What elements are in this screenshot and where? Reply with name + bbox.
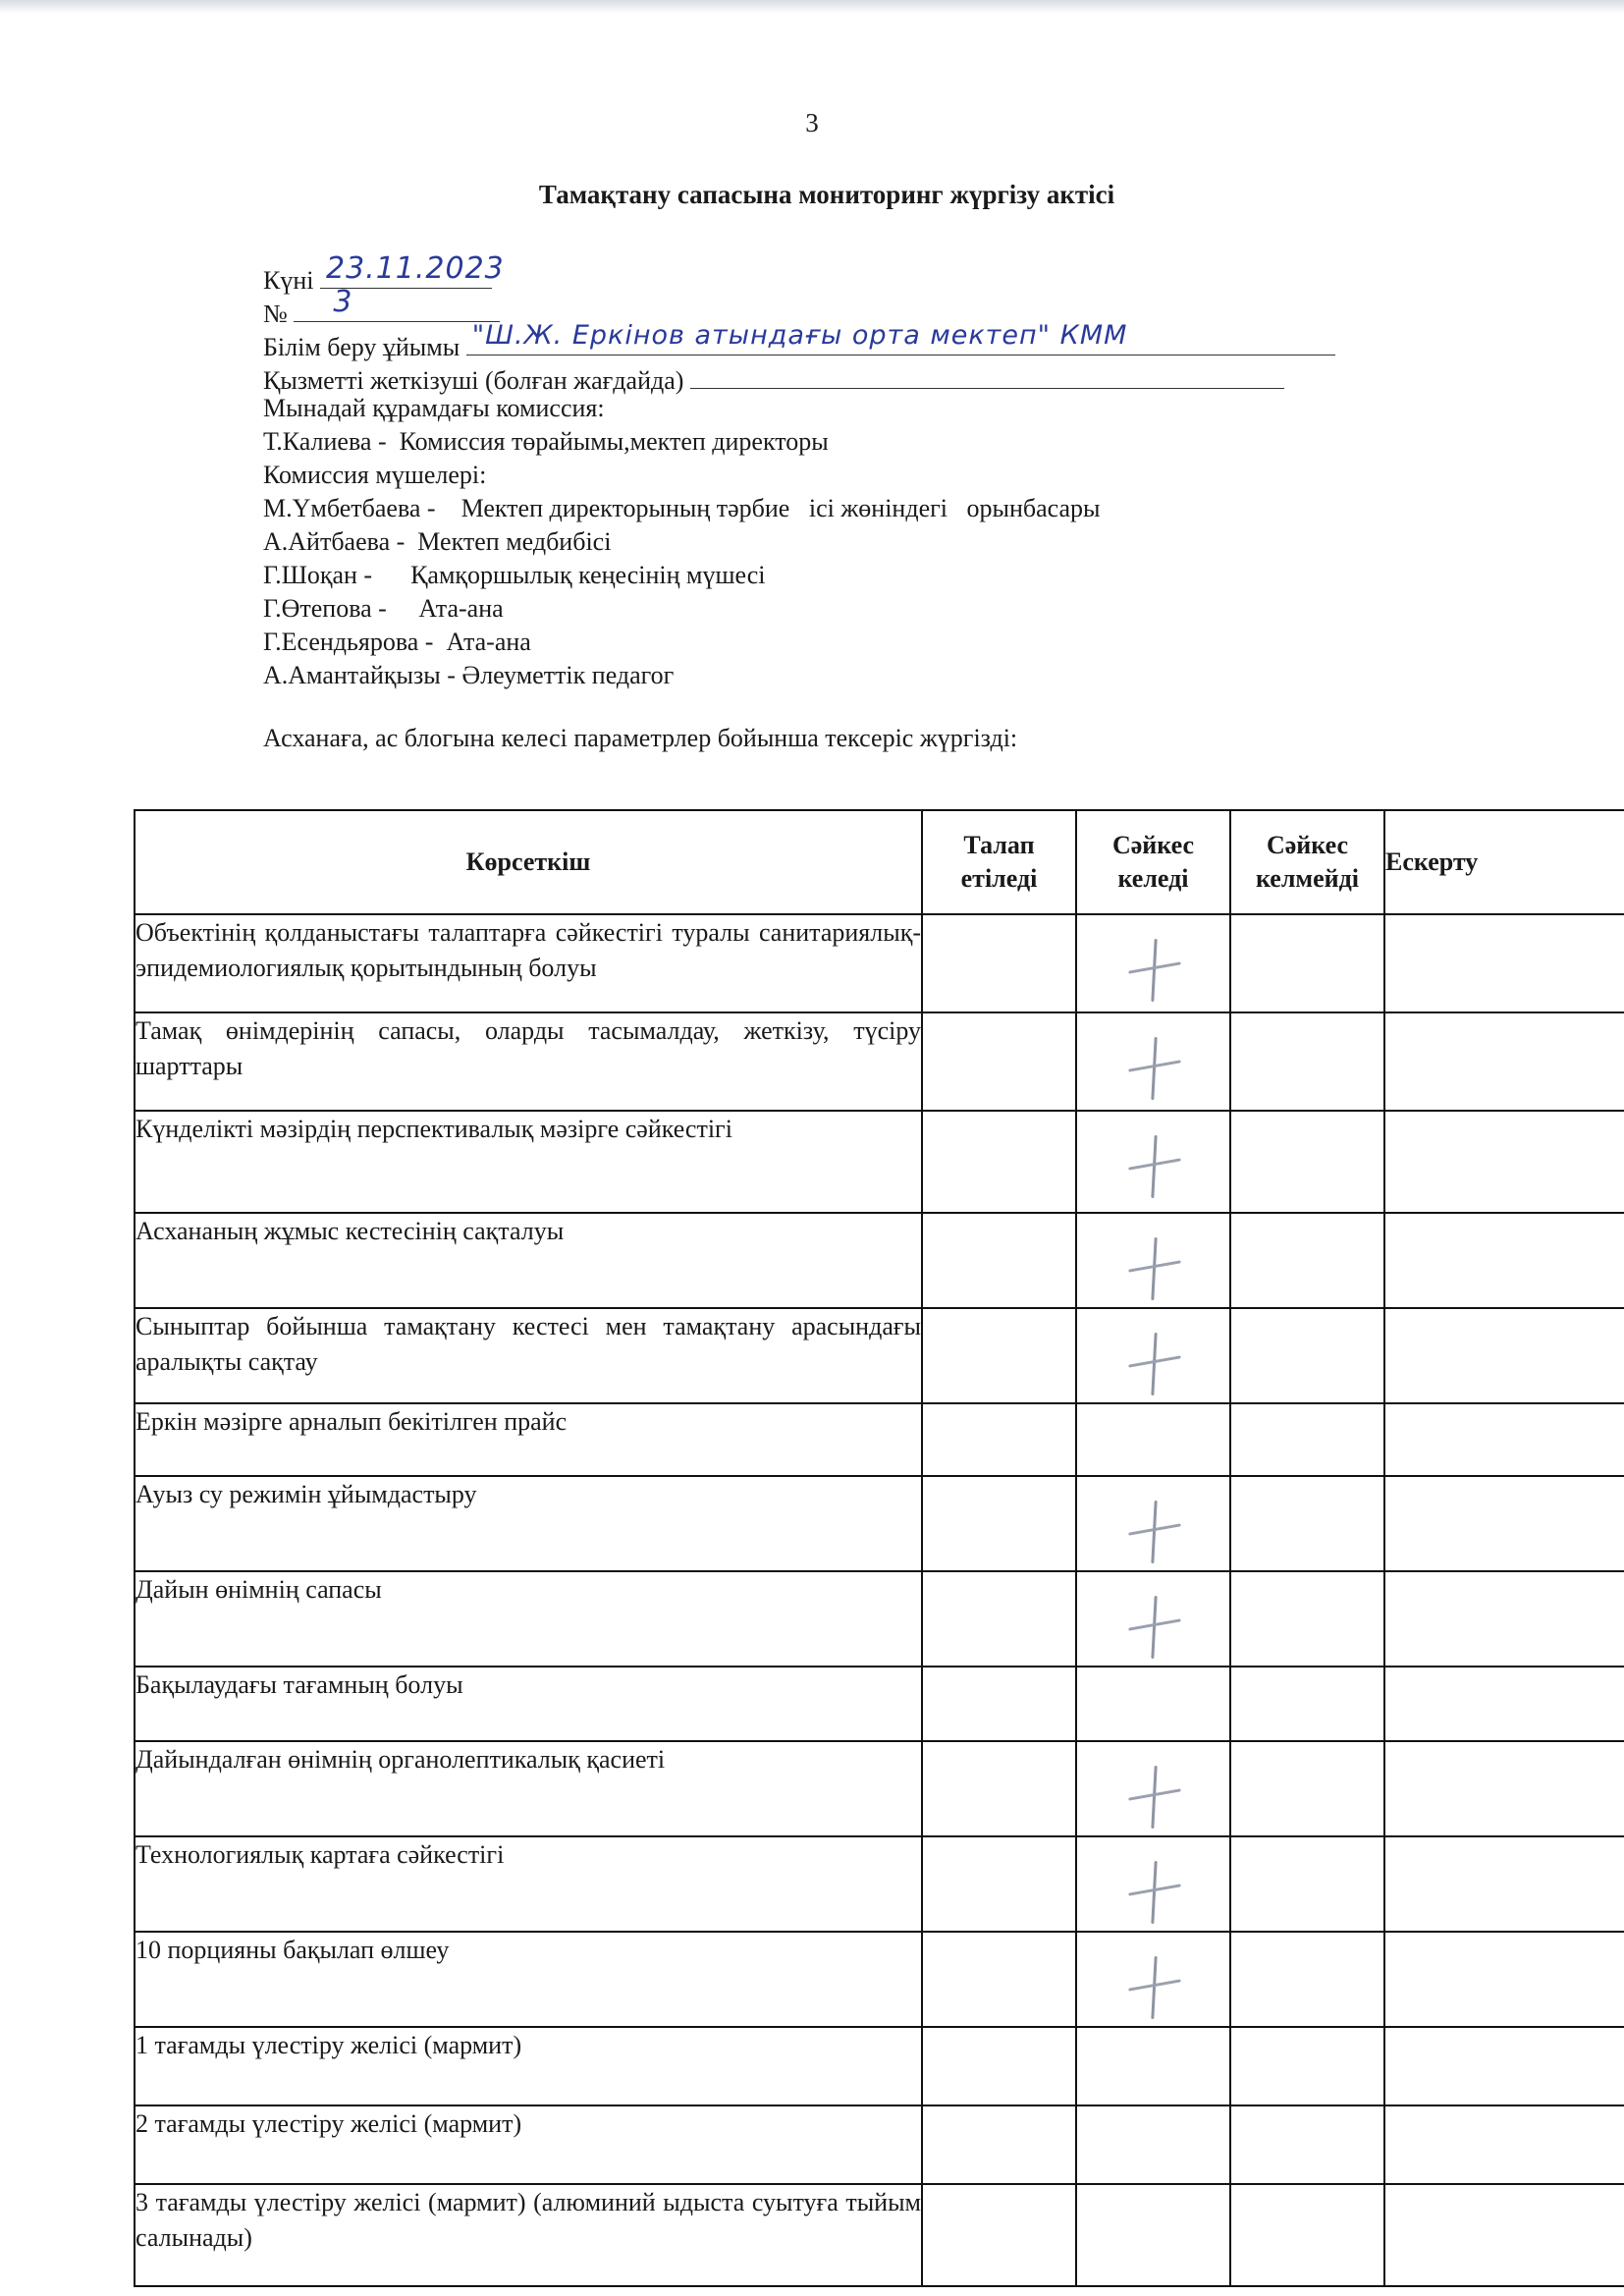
column-header-noncompliant: Сәйкес келмейді [1230, 810, 1384, 914]
required-cell[interactable] [922, 2027, 1076, 2105]
required-cell[interactable] [922, 1111, 1076, 1213]
pencil-plus-mark-icon [1126, 1237, 1181, 1300]
compliant-cell[interactable] [1076, 1836, 1230, 1932]
indicator-cell: 10 порцияны бақылап өлшеу [135, 1932, 922, 2027]
table-row: Асхананың жұмыс кестесінің сақталуы [135, 1213, 1624, 1308]
note-cell[interactable] [1384, 2184, 1624, 2286]
commission-member: Г.Шоқан - Қамқоршылық кеңесінің мүшесі [263, 559, 1335, 592]
table-row: Бақылаудағы тағамның болуы [135, 1667, 1624, 1741]
supplier-field: Қызметті жеткізуші (болған жағдайда) [263, 358, 1335, 392]
required-cell[interactable] [922, 1836, 1076, 1932]
noncompliant-cell[interactable] [1230, 1308, 1384, 1403]
organization-field: Білім беру ұйымы "Ш.Ж. Еркінов атындағы … [263, 325, 1335, 358]
compliant-cell[interactable] [1076, 2027, 1230, 2105]
noncompliant-cell[interactable] [1230, 1476, 1384, 1571]
compliant-cell[interactable] [1076, 1571, 1230, 1667]
noncompliant-cell[interactable] [1230, 1403, 1384, 1476]
noncompliant-cell[interactable] [1230, 1667, 1384, 1741]
note-cell[interactable] [1384, 1308, 1624, 1403]
note-cell[interactable] [1384, 914, 1624, 1012]
table-row: 1 тағамды үлестіру желісі (мармит) [135, 2027, 1624, 2105]
organization-value: "Ш.Ж. Еркінов атындағы орта мектеп" КММ [472, 319, 1128, 353]
table-row: Ауыз су режимін ұйымдастыру [135, 1476, 1624, 1571]
column-header-compliant: Сәйкес келеді [1076, 810, 1230, 914]
pencil-plus-mark-icon [1126, 1766, 1181, 1829]
table-row: Дайын өнімнің сапасы [135, 1571, 1624, 1667]
members-label: Комиссия мүшелері: [263, 459, 1335, 492]
note-cell[interactable] [1384, 1012, 1624, 1111]
table-row: Дайындалған өнімнің органолептикалық қас… [135, 1741, 1624, 1836]
compliant-cell[interactable] [1076, 1012, 1230, 1111]
note-cell[interactable] [1384, 1403, 1624, 1476]
compliant-cell[interactable] [1076, 1741, 1230, 1836]
table-row: 10 порцияны бақылап өлшеу [135, 1932, 1624, 2027]
compliant-cell[interactable] [1076, 1403, 1230, 1476]
pencil-plus-mark-icon [1126, 1861, 1181, 1924]
note-cell[interactable] [1384, 2027, 1624, 2105]
compliant-cell[interactable] [1076, 2105, 1230, 2184]
commission-members-list: М.Үмбетбаева - Мектеп директорының тәрби… [263, 492, 1335, 692]
required-cell[interactable] [922, 1741, 1076, 1836]
indicator-cell: Асхананың жұмыс кестесінің сақталуы [135, 1213, 922, 1308]
date-field: Күні 23.11.2023 [263, 258, 1335, 292]
commission-member: А.Айтбаева - Мектеп медбибісі [263, 525, 1335, 559]
indicator-cell: 1 тағамды үлестіру желісі (мармит) [135, 2027, 922, 2105]
noncompliant-cell[interactable] [1230, 1571, 1384, 1667]
commission-member: Г.Есендьярова - Ата-ана [263, 626, 1335, 659]
supplier-label: Қызметті жеткізуші (болған жағдайда) [263, 364, 683, 398]
page-number: 3 [0, 108, 1624, 138]
table-row: Күнделікті мәзірдің перспективалық мәзір… [135, 1111, 1624, 1213]
inspection-checklist-table: Көрсеткіш Талап етіледі Сәйкес келеді Сә… [134, 809, 1624, 2287]
column-header-required: Талап етіледі [922, 810, 1076, 914]
indicator-cell: Объектінің қолданыстағы талаптарға сәйке… [135, 914, 922, 1012]
required-cell[interactable] [922, 1308, 1076, 1403]
required-cell[interactable] [922, 2105, 1076, 2184]
compliant-cell[interactable] [1076, 1213, 1230, 1308]
table-header-row: Көрсеткіш Талап етіледі Сәйкес келеді Сә… [135, 810, 1624, 914]
note-cell[interactable] [1384, 1667, 1624, 1741]
note-cell[interactable] [1384, 1476, 1624, 1571]
noncompliant-cell[interactable] [1230, 1836, 1384, 1932]
act-header: Күні 23.11.2023 № 3 Білім беру ұйымы "Ш.… [263, 258, 1335, 755]
noncompliant-cell[interactable] [1230, 1932, 1384, 2027]
date-value: 23.11.2023 [326, 252, 505, 286]
indicator-cell: Тамақ өнімдерінің сапасы, оларды тасымал… [135, 1012, 922, 1111]
organization-blank[interactable]: "Ш.Ж. Еркінов атындағы орта мектеп" КММ [466, 325, 1335, 355]
table-row: 3 тағамды үлестіру желісі (мармит) (алюм… [135, 2184, 1624, 2286]
noncompliant-cell[interactable] [1230, 1741, 1384, 1836]
note-cell[interactable] [1384, 1111, 1624, 1213]
commission-chair: Т.Калиева - Комиссия төрайымы,мектеп дир… [263, 425, 1335, 459]
pencil-plus-mark-icon [1126, 939, 1181, 1002]
table-row: 2 тағамды үлестіру желісі (мармит) [135, 2105, 1624, 2184]
indicator-cell: Дайындалған өнімнің органолептикалық қас… [135, 1741, 922, 1836]
table-body: Объектінің қолданыстағы талаптарға сәйке… [135, 914, 1624, 2286]
note-cell[interactable] [1384, 1571, 1624, 1667]
supplier-blank[interactable] [690, 358, 1284, 389]
table-row: Объектінің қолданыстағы талаптарға сәйке… [135, 914, 1624, 1012]
note-cell[interactable] [1384, 2105, 1624, 2184]
pencil-plus-mark-icon [1126, 1037, 1181, 1100]
compliant-cell[interactable] [1076, 1111, 1230, 1213]
number-value: 3 [333, 286, 352, 319]
required-cell[interactable] [922, 1932, 1076, 2027]
table-row: Еркін мәзірге арналып бекітілген прайс [135, 1403, 1624, 1476]
table-row: Тамақ өнімдерінің сапасы, оларды тасымал… [135, 1012, 1624, 1111]
indicator-cell: Күнделікті мәзірдің перспективалық мәзір… [135, 1111, 922, 1213]
note-cell[interactable] [1384, 1741, 1624, 1836]
required-cell[interactable] [922, 1012, 1076, 1111]
compliant-cell[interactable] [1076, 1308, 1230, 1403]
indicator-cell: Ауыз су режимін ұйымдастыру [135, 1476, 922, 1571]
commission-member: А.Амантайқызы - Әлеуметтік педагог [263, 659, 1335, 692]
noncompliant-cell[interactable] [1230, 2184, 1384, 2286]
column-header-note: Ескерту [1384, 810, 1624, 914]
inspection-intro: Асханаға, ас блогына келесі параметрлер … [263, 722, 1335, 755]
pencil-plus-mark-icon [1126, 1501, 1181, 1563]
noncompliant-cell[interactable] [1230, 2105, 1384, 2184]
compliant-cell[interactable] [1076, 1476, 1230, 1571]
required-cell[interactable] [922, 1476, 1076, 1571]
scan-edge-shadow [0, 0, 1624, 14]
table-row: Технологиялық картаға сәйкестігі [135, 1836, 1624, 1932]
column-header-indicator: Көрсеткіш [135, 810, 922, 914]
commission-member: Г.Өтепова - Ата-ана [263, 592, 1335, 626]
indicator-cell: 3 тағамды үлестіру желісі (мармит) (алюм… [135, 2184, 922, 2286]
indicator-cell: 2 тағамды үлестіру желісі (мармит) [135, 2105, 922, 2184]
indicator-cell: Технологиялық картаға сәйкестігі [135, 1836, 922, 1932]
pencil-plus-mark-icon [1126, 1333, 1181, 1395]
required-cell[interactable] [922, 2184, 1076, 2286]
required-cell[interactable] [922, 1403, 1076, 1476]
pencil-plus-mark-icon [1126, 1596, 1181, 1659]
commission-member: М.Үмбетбаева - Мектеп директорының тәрби… [263, 492, 1335, 525]
compliant-cell[interactable] [1076, 2184, 1230, 2286]
indicator-cell: Еркін мәзірге арналып бекітілген прайс [135, 1403, 922, 1476]
document-title: Тамақтану сапасына мониторинг жүргізу ак… [0, 180, 1624, 210]
note-cell[interactable] [1384, 1213, 1624, 1308]
indicator-cell: Дайын өнімнің сапасы [135, 1571, 922, 1667]
noncompliant-cell[interactable] [1230, 914, 1384, 1012]
pencil-plus-mark-icon [1126, 1135, 1181, 1198]
pencil-plus-mark-icon [1126, 1956, 1181, 2019]
number-blank[interactable]: 3 [294, 292, 500, 322]
table-row: Сыныптар бойынша тамақтану кестесі мен т… [135, 1308, 1624, 1403]
required-cell[interactable] [922, 914, 1076, 1012]
required-cell[interactable] [922, 1213, 1076, 1308]
required-cell[interactable] [922, 1571, 1076, 1667]
compliant-cell[interactable] [1076, 1932, 1230, 2027]
indicator-cell: Бақылаудағы тағамның болуы [135, 1667, 922, 1741]
noncompliant-cell[interactable] [1230, 1012, 1384, 1111]
required-cell[interactable] [922, 1667, 1076, 1741]
noncompliant-cell[interactable] [1230, 2027, 1384, 2105]
compliant-cell[interactable] [1076, 1667, 1230, 1741]
indicator-cell: Сыныптар бойынша тамақтану кестесі мен т… [135, 1308, 922, 1403]
noncompliant-cell[interactable] [1230, 1213, 1384, 1308]
compliant-cell[interactable] [1076, 914, 1230, 1012]
note-cell[interactable] [1384, 1932, 1624, 2027]
noncompliant-cell[interactable] [1230, 1111, 1384, 1213]
note-cell[interactable] [1384, 1836, 1624, 1932]
